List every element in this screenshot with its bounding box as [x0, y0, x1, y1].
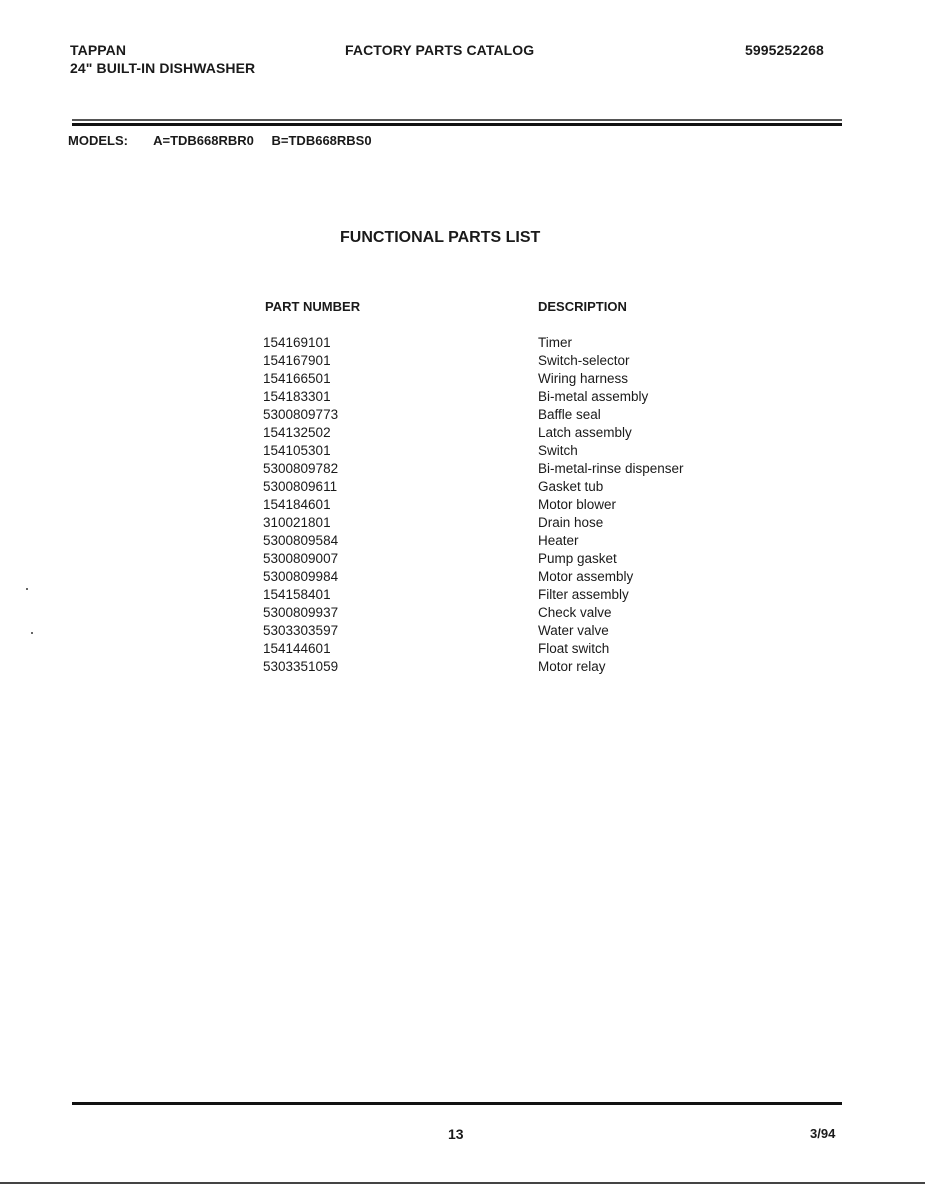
part-number-cell: 154169101 [263, 334, 538, 352]
parts-table: 154169101Timer154167901Switch-selector15… [263, 334, 763, 676]
models-line: MODELS: A=TDB668RBR0 B=TDB668RBS0 [68, 133, 386, 148]
table-row: 154184601Motor blower [263, 496, 763, 514]
section-title: FUNCTIONAL PARTS LIST [340, 229, 540, 247]
column-header-part-number: PART NUMBER [265, 299, 360, 314]
description-cell: Water valve [538, 622, 609, 640]
table-row: 5300809984Motor assembly [263, 568, 763, 586]
scan-speck [31, 632, 33, 634]
part-number-cell: 5300809611 [263, 478, 538, 496]
description-cell: Baffle seal [538, 406, 601, 424]
header-divider-thin [72, 119, 842, 121]
description-cell: Float switch [538, 640, 609, 658]
part-number-cell: 5300809782 [263, 460, 538, 478]
table-row: 5300809937Check valve [263, 604, 763, 622]
product-name: 24" BUILT-IN DISHWASHER [70, 60, 255, 76]
part-number-cell: 154183301 [263, 388, 538, 406]
part-number-cell: 5300809007 [263, 550, 538, 568]
part-number-cell: 154184601 [263, 496, 538, 514]
part-number-cell: 310021801 [263, 514, 538, 532]
part-number-cell: 5300809584 [263, 532, 538, 550]
description-cell: Timer [538, 334, 572, 352]
description-cell: Heater [538, 532, 579, 550]
description-cell: Latch assembly [538, 424, 632, 442]
table-row: 5300809007Pump gasket [263, 550, 763, 568]
table-row: 310021801Drain hose [263, 514, 763, 532]
part-number-cell: 154167901 [263, 352, 538, 370]
description-cell: Wiring harness [538, 370, 628, 388]
description-cell: Bi-metal-rinse dispenser [538, 460, 684, 478]
description-cell: Switch [538, 442, 578, 460]
table-row: 154166501Wiring harness [263, 370, 763, 388]
part-number-cell: 154105301 [263, 442, 538, 460]
model-a: A=TDB668RBR0 [153, 133, 254, 148]
table-row: 154169101Timer [263, 334, 763, 352]
part-number-cell: 5300809773 [263, 406, 538, 424]
catalog-title: FACTORY PARTS CATALOG [345, 42, 534, 58]
footer-divider [72, 1102, 842, 1105]
description-cell: Filter assembly [538, 586, 629, 604]
description-cell: Drain hose [538, 514, 603, 532]
part-number-cell: 154166501 [263, 370, 538, 388]
part-number-cell: 154144601 [263, 640, 538, 658]
table-row: 5300809782Bi-metal-rinse dispenser [263, 460, 763, 478]
table-row: 5303351059Motor relay [263, 658, 763, 676]
page-number: 13 [448, 1126, 464, 1142]
table-row: 154158401Filter assembly [263, 586, 763, 604]
description-cell: Motor assembly [538, 568, 633, 586]
description-cell: Motor blower [538, 496, 616, 514]
scan-speck [26, 588, 28, 590]
description-cell: Gasket tub [538, 478, 603, 496]
table-row: 5300809611Gasket tub [263, 478, 763, 496]
description-cell: Bi-metal assembly [538, 388, 648, 406]
table-row: 5300809584Heater [263, 532, 763, 550]
part-number-cell: 5300809937 [263, 604, 538, 622]
column-header-description: DESCRIPTION [538, 299, 627, 314]
table-row: 154105301Switch [263, 442, 763, 460]
models-label: MODELS: [68, 133, 128, 148]
table-row: 154144601Float switch [263, 640, 763, 658]
description-cell: Check valve [538, 604, 612, 622]
brand-name: TAPPAN [70, 42, 126, 58]
model-b: B=TDB668RBS0 [272, 133, 372, 148]
part-number-cell: 5303303597 [263, 622, 538, 640]
part-number-cell: 154158401 [263, 586, 538, 604]
document-number: 5995252268 [745, 42, 824, 58]
header-divider-thick [72, 123, 842, 126]
table-row: 5300809773Baffle seal [263, 406, 763, 424]
description-cell: Pump gasket [538, 550, 617, 568]
part-number-cell: 154132502 [263, 424, 538, 442]
part-number-cell: 5300809984 [263, 568, 538, 586]
revision-date: 3/94 [810, 1126, 835, 1141]
table-row: 154183301Bi-metal assembly [263, 388, 763, 406]
table-row: 154167901Switch-selector [263, 352, 763, 370]
description-cell: Motor relay [538, 658, 606, 676]
part-number-cell: 5303351059 [263, 658, 538, 676]
description-cell: Switch-selector [538, 352, 630, 370]
table-row: 5303303597Water valve [263, 622, 763, 640]
table-row: 154132502Latch assembly [263, 424, 763, 442]
scan-edge-line [0, 1182, 925, 1184]
